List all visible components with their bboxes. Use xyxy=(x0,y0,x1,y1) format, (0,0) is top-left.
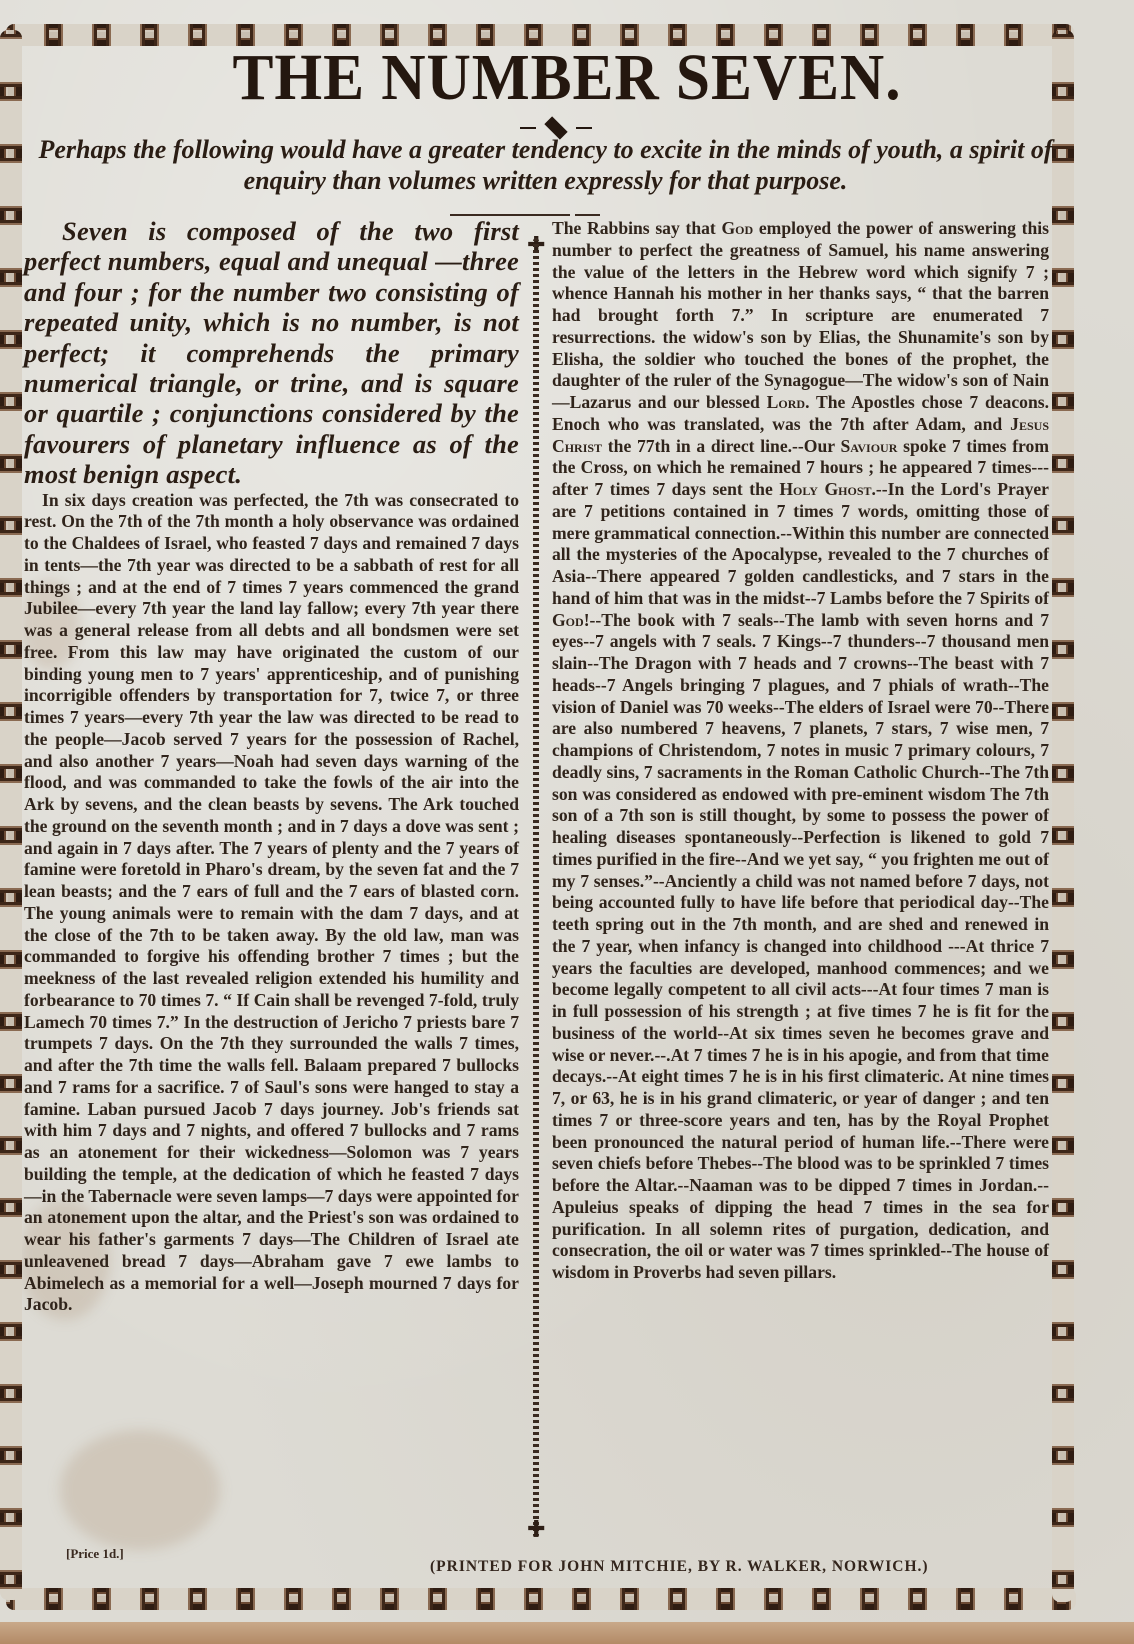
ornament-wing-left xyxy=(520,127,536,129)
text-run: the 77th in a direct line.--Our xyxy=(602,436,840,456)
left-body-paragraph: In six days creation was perfected, the … xyxy=(24,490,519,1317)
chain-border-left xyxy=(0,30,22,1600)
cross-ornament-icon: ✚ xyxy=(527,1520,545,1538)
small-caps-holy-ghost: Holy Ghost xyxy=(779,479,871,499)
right-column: The Rabbins say that God employed the po… xyxy=(552,218,1049,1284)
text-run: The Rabbins say that xyxy=(552,218,721,238)
rope-column-divider xyxy=(533,238,539,1538)
right-body-paragraph: The Rabbins say that God employed the po… xyxy=(552,218,1049,1284)
ornament-wing-right xyxy=(576,127,592,129)
left-column: Seven is composed of the two first perfe… xyxy=(24,216,519,1316)
tan-backing-edge xyxy=(0,1622,1134,1644)
text-run: employed the power of answering this num… xyxy=(552,218,1049,412)
short-rule xyxy=(575,214,600,216)
intro-paragraph: Seven is composed of the two first perfe… xyxy=(24,216,519,490)
chain-border-bottom xyxy=(6,1588,1076,1610)
subtitle: Perhaps the following would have a great… xyxy=(8,134,1083,196)
stain xyxy=(60,1430,220,1550)
text-run: !--The book with 7 seals--The lamb with … xyxy=(552,610,1049,1283)
printer-imprint: (PRINTED FOR JOHN MITCHIE, BY R. WALKER,… xyxy=(430,1558,929,1576)
small-caps-god: God xyxy=(721,218,753,238)
chain-border-right xyxy=(1052,30,1074,1602)
small-caps-god: God xyxy=(552,610,584,630)
price-label: [Price 1d.] xyxy=(66,1546,124,1562)
page-title: THE NUMBER SEVEN. xyxy=(40,40,1095,116)
small-caps-lord: Lord xyxy=(767,392,805,412)
small-caps-saviour: Saviour xyxy=(840,436,897,456)
